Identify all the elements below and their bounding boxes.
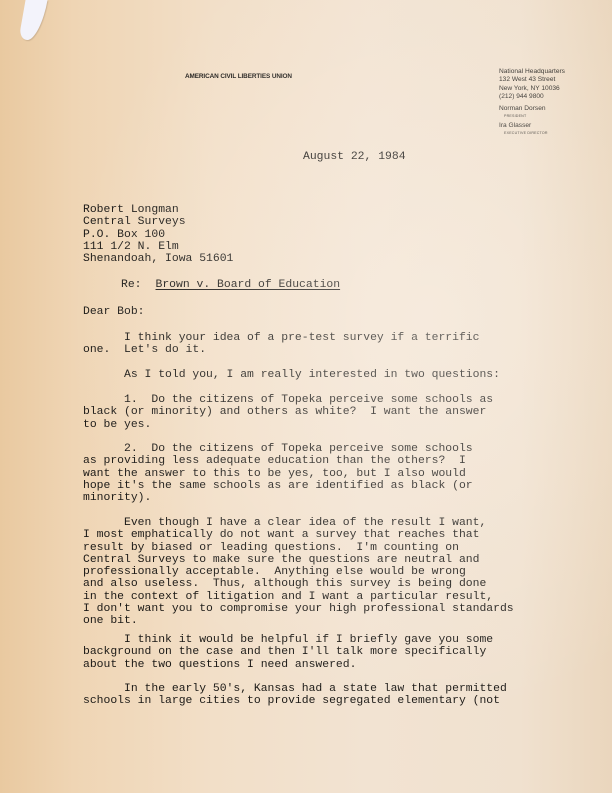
paragraph: 1. Do the citizens of Topeka perceive so… (83, 394, 493, 431)
salutation: Dear Bob: (83, 306, 145, 318)
address-line: P.O. Box 100 (83, 229, 233, 241)
paragraph: As I told you, I am really interested in… (83, 369, 500, 381)
paragraph: I think your idea of a pre-test survey i… (83, 332, 479, 357)
headquarters-block: National Headquarters 132 West 43 Street… (499, 68, 565, 136)
hq-line: New York, NY 10036 (499, 85, 565, 93)
address-line: Shenandoah, Iowa 51601 (83, 253, 233, 265)
paragraph: I think it would be helpful if I briefly… (83, 634, 493, 671)
recipient-address: Robert Longman Central Surveys P.O. Box … (83, 204, 233, 265)
officer-name: Ira Glasser (499, 122, 565, 130)
officer-title: EXECUTIVE DIRECTOR (504, 130, 565, 136)
hq-line: 132 West 43 Street (499, 76, 565, 84)
re-subject: Brown v. Board of Education (156, 279, 341, 291)
paragraph: 2. Do the citizens of Topeka perceive so… (83, 443, 473, 504)
paragraph: Even though I have a clear idea of the r… (83, 517, 514, 628)
address-line: Central Surveys (83, 216, 233, 228)
paragraph: In the early 50's, Kansas had a state la… (83, 683, 507, 708)
address-line: Robert Longman (83, 204, 233, 216)
hq-line: National Headquarters (499, 68, 565, 76)
letter-page: AMERICAN CIVIL LIBERTIES UNION National … (0, 0, 612, 793)
letter-date: August 22, 1984 (303, 151, 406, 163)
torn-corner (18, 0, 47, 40)
subject-line: Re:Brown v. Board of Education (121, 279, 340, 291)
organization-name: AMERICAN CIVIL LIBERTIES UNION (185, 73, 292, 80)
re-label: Re: (121, 279, 142, 291)
hq-line: (212) 944 9800 (499, 93, 565, 101)
officer-name: Norman Dorsen (499, 105, 565, 113)
address-line: 111 1/2 N. Elm (83, 241, 233, 253)
